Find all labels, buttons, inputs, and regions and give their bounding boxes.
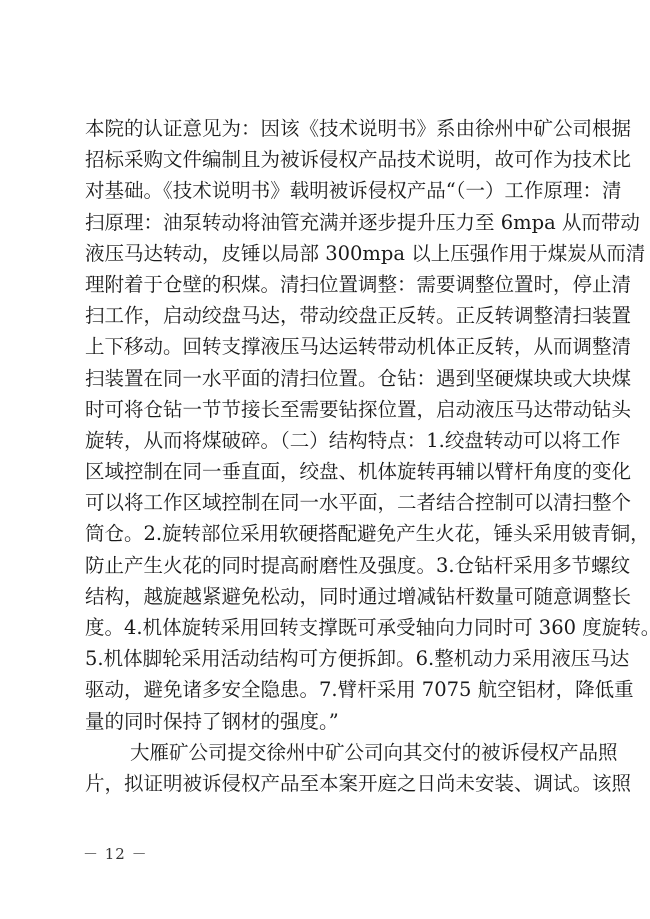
document-page: 本院的认证意见为：因该《技术说明书》系由徐州中矿公司根据 招标采购文件编制且为被… [0, 0, 650, 919]
paragraph-evidence-photos: 大雁矿公司提交徐州中矿公司向其交付的被诉侵权产品照 片，拟证明被诉侵权产品至本案… [85, 737, 565, 799]
text-line: 驱动，避免诸多安全隐患。7.臂杆采用 7075 航空铝材，降低重 [85, 674, 565, 705]
text-line: 筒仓。2.旋转部位采用软硬搭配避免产生火花，锤头采用铍青铜， [85, 518, 565, 549]
text-line: 上下移动。回转支撑液压马达运转带动机体正反转，从而调整清 [85, 331, 565, 362]
text-line: 区域控制在同一垂直面，绞盘、机体旋转再辅以臂杆角度的变化 [85, 456, 565, 487]
paragraph-court-opinion: 本院的认证意见为：因该《技术说明书》系由徐州中矿公司根据 招标采购文件编制且为被… [85, 113, 565, 737]
text-line: 扫原理：油泵转动将油管充满并逐步提升压力至 6mpa 从而带动 [85, 207, 565, 238]
text-line: 大雁矿公司提交徐州中矿公司向其交付的被诉侵权产品照 [85, 737, 565, 768]
text-line: 度。4.机体旋转采用回转支撑既可承受轴向力同时可 360 度旋转。 [85, 612, 565, 643]
text-line: 扫工作，启动绞盘马达，带动绞盘正反转。正反转调整清扫装置 [85, 300, 565, 331]
text-line: 对基础。《技术说明书》载明被诉侵权产品“（一）工作原理：清 [85, 175, 565, 206]
document-body: 本院的认证意见为：因该《技术说明书》系由徐州中矿公司根据 招标采购文件编制且为被… [85, 113, 565, 799]
text-line: 理附着于仓壁的积煤。清扫位置调整：需要调整位置时，停止清 [85, 269, 565, 300]
text-line: 防止产生火花的同时提高耐磨性及强度。3.仓钻杆采用多节螺纹 [85, 550, 565, 581]
text-line: 5.机体脚轮采用活动结构可方便拆卸。6.整机动力采用液压马达 [85, 643, 565, 674]
text-line: 旋转，从而将煤破碎。（二）结构特点：1.绞盘转动可以将工作 [85, 425, 565, 456]
text-line: 结构，越旋越紧避免松动，同时通过增减钻杆数量可随意调整长 [85, 581, 565, 612]
text-line: 扫装置在同一水平面的清扫位置。仓钻：遇到坚硬煤块或大块煤 [85, 363, 565, 394]
text-line: 时可将仓钻一节节接长至需要钻探位置，启动液压马达带动钻头 [85, 394, 565, 425]
text-line: 可以将工作区域控制在同一水平面，二者结合控制可以清扫整个 [85, 487, 565, 518]
text-line: 招标采购文件编制且为被诉侵权产品技术说明，故可作为技术比 [85, 144, 565, 175]
page-number: － 12 － [83, 843, 148, 864]
text-line: 液压马达转动，皮锤以局部 300mpa 以上压强作用于煤炭从而清 [85, 238, 565, 269]
text-line: 量的同时保持了钢材的强度。” [85, 706, 565, 737]
text-line: 本院的认证意见为：因该《技术说明书》系由徐州中矿公司根据 [85, 113, 565, 144]
text-line: 片，拟证明被诉侵权产品至本案开庭之日尚未安装、调试。该照 [85, 768, 565, 799]
